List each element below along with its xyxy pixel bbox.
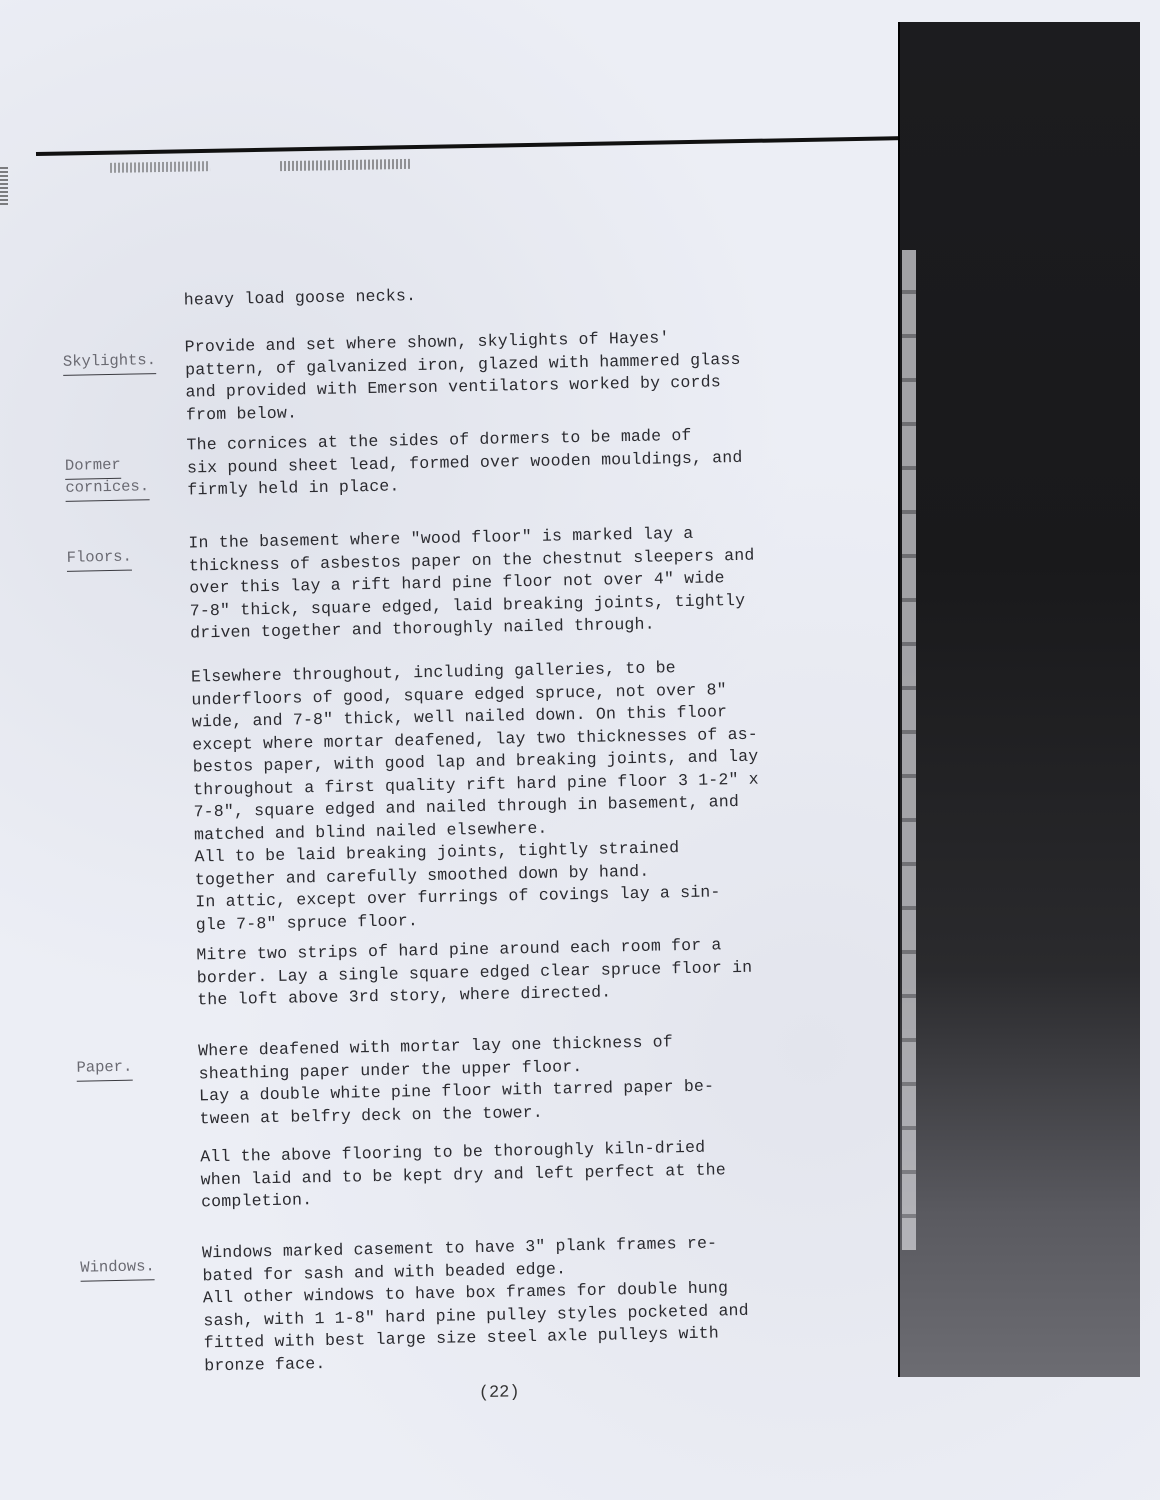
paragraph-windows: Windows marked casement to have 3" plank… xyxy=(202,1230,864,1378)
margin-heading-skylights: Skylights. xyxy=(63,349,183,373)
paragraph-floors-elsewhere: Elsewhere throughout, including gallerie… xyxy=(191,654,856,937)
margin-heading-floors: Floors. xyxy=(67,545,187,569)
scanner-shadow-band xyxy=(898,22,1140,1377)
margin-heading-dormer-cornices: Dormer cornices. xyxy=(65,453,186,499)
continuation-text: heavy load goose necks. xyxy=(184,277,844,312)
paragraph-skylights: Provide and set where shown, skylights o… xyxy=(184,324,846,427)
paragraph-dormer-cornices: The cornices at the sides of dormers to … xyxy=(186,422,847,502)
paragraph-kiln-dried: All the above flooring to be thoroughly … xyxy=(200,1134,861,1214)
paragraph-paper: Where deafened with mortar lay one thick… xyxy=(198,1028,860,1131)
page-number: (22) xyxy=(479,1383,520,1403)
margin-heading-windows: Windows. xyxy=(80,1254,200,1278)
paragraph-floors-border: Mitre two strips of hard pine around eac… xyxy=(196,932,857,1012)
margin-heading-paper: Paper. xyxy=(76,1054,196,1078)
paragraph-floors-basement: In the basement where "wood floor" is ma… xyxy=(188,520,850,645)
typed-page: heavy load goose necks. Skylights. Provi… xyxy=(0,0,929,1500)
